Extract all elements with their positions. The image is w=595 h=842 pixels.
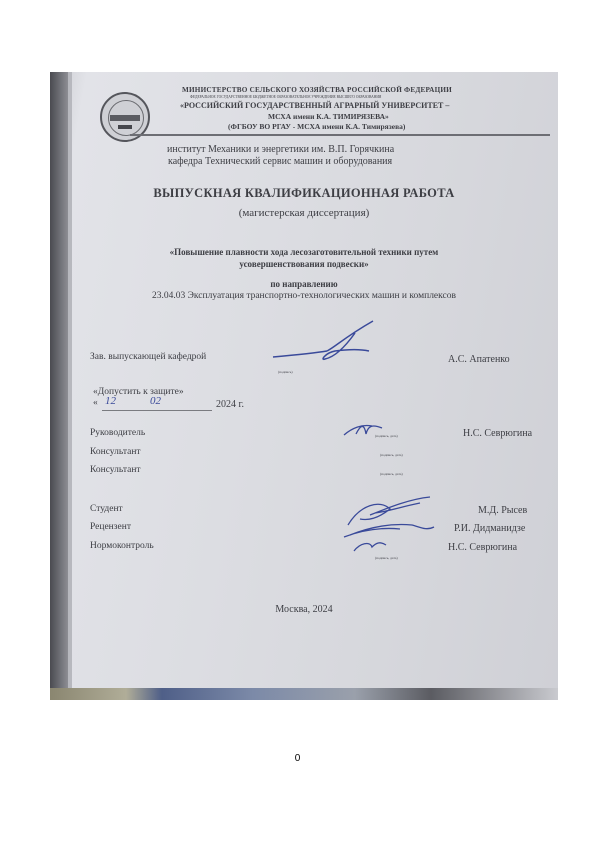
role-label-supervisor: Руководитель [90, 428, 145, 438]
document-subtitle: (магистерская диссертация) [50, 207, 558, 219]
photo-background-strip [50, 688, 558, 700]
role-label-student: Студент [90, 504, 123, 514]
student-reviewer-signatures [340, 495, 450, 557]
direction-label: по направлению [50, 279, 558, 289]
date-quote: « [93, 398, 98, 408]
norm-control-name: Н.С. Севрюгина [448, 542, 517, 553]
topic-line-1: «Повышение плавности хода лесозаготовите… [50, 247, 558, 257]
role-label-consultant-1: Консультант [90, 447, 141, 457]
scanned-title-page-photo: МИНИСТЕРСТВО СЕЛЬСКОГО ХОЗЯЙСТВА РОССИЙС… [50, 72, 558, 700]
document-title: ВЫПУСКНАЯ КВАЛИФИКАЦИОННАЯ РАБОТА [50, 186, 558, 201]
student-name: М.Д. Рысев [478, 505, 527, 516]
head-signature [265, 317, 385, 367]
direction-text: 23.04.03 Эксплуатация транспортно-технол… [50, 291, 558, 301]
ministry-name: МИНИСТЕРСТВО СЕЛЬСКОГО ХОЗЯЙСТВА РОССИЙС… [182, 86, 452, 94]
supervisor-caption: (подпись, дата) [375, 434, 398, 438]
university-name: «РОССИЙСКИЙ ГОСУДАРСТВЕННЫЙ АГРАРНЫЙ УНИ… [180, 101, 449, 110]
university-abbrev: (ФГБОУ ВО РГАУ - МСХА имени К.А. Тимиряз… [228, 122, 405, 131]
institute-name: институт Механики и энергетики им. В.П. … [167, 144, 394, 155]
date-year: 2024 г. [216, 399, 244, 410]
supervisor-name: Н.С. Севрюгина [463, 428, 532, 439]
department-name: кафедра Технический сервис машин и обору… [168, 156, 392, 167]
consultant-2-caption: (подпись, дата) [380, 472, 403, 476]
page-number: 0 [0, 753, 595, 764]
date-day: 12 [105, 395, 116, 407]
header-divider [130, 134, 550, 136]
consultant-1-caption: (подпись, дата) [380, 453, 403, 457]
date-month: 02 [150, 395, 161, 407]
topic-line-2: усовершенствования подвески» [50, 259, 558, 269]
head-of-department-label: Зав. выпускающей кафедрой [90, 352, 206, 362]
institution-type: ФЕДЕРАЛЬНОЕ ГОСУДАРСТВЕННОЕ БЮДЖЕТНОЕ ОБ… [190, 95, 381, 99]
norm-control-caption: (подпись, дата) [375, 556, 398, 560]
date-underline [102, 410, 212, 411]
reviewer-name: Р.И. Дидманидзе [454, 523, 525, 534]
head-of-department-name: А.С. Апатенко [448, 354, 510, 365]
role-label-consultant-2: Консультант [90, 465, 141, 475]
head-signature-caption: (подпись) [278, 370, 293, 374]
city-year: Москва, 2024 [50, 604, 558, 615]
role-label-reviewer: Рецензент [90, 522, 131, 532]
university-name-2: МСХА имени К.А. ТИМИРЯЗЕВА» [268, 112, 389, 121]
role-label-norm-control: Нормоконтроль [90, 541, 154, 551]
